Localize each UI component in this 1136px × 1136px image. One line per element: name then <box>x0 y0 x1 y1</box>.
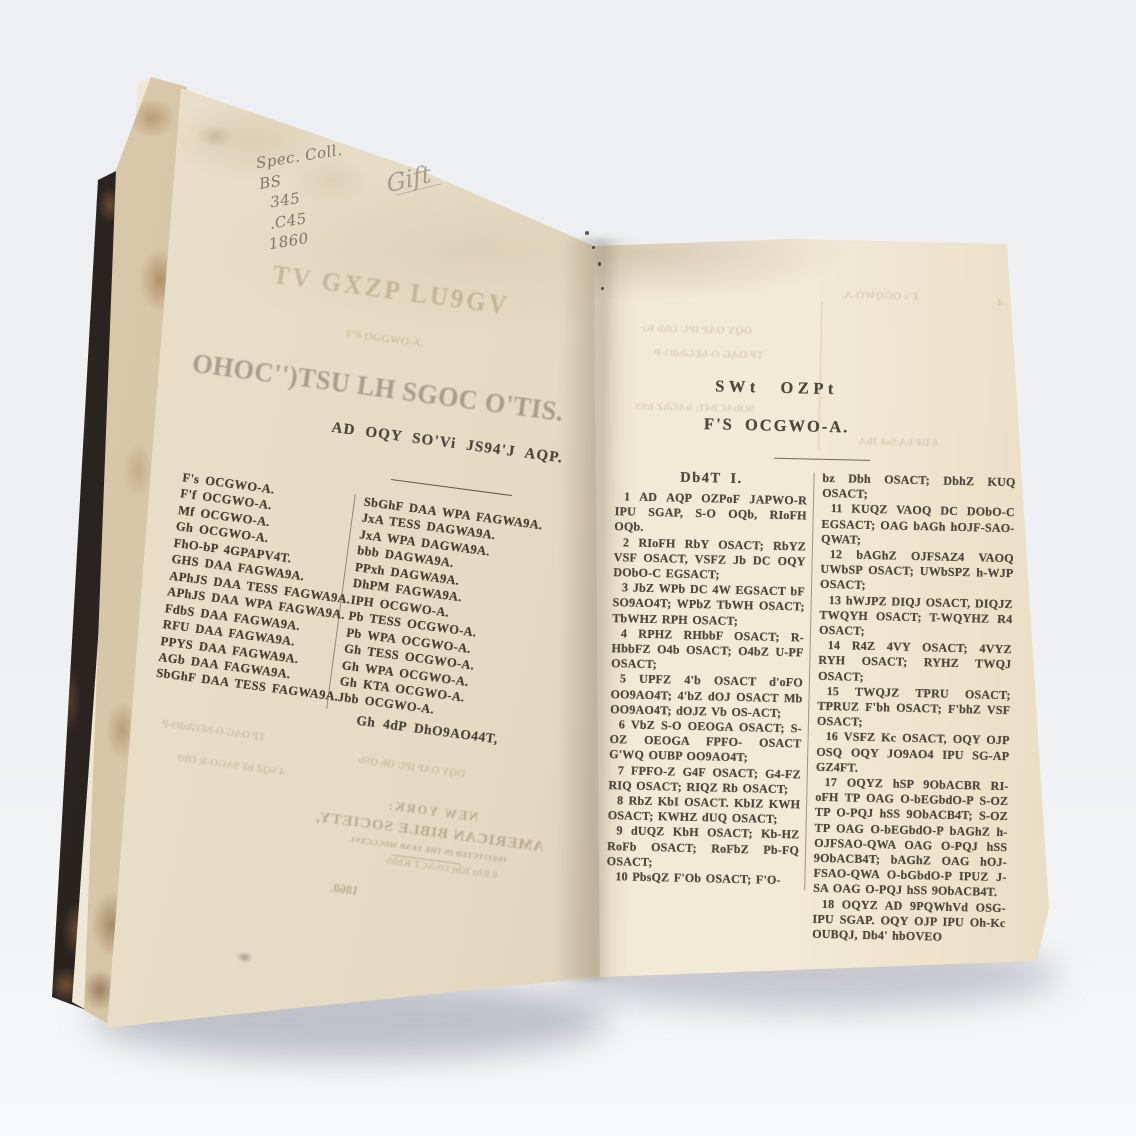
chapter-heading: Db4T I. <box>615 466 807 490</box>
verse-paragraph: 2 RIoFH RbY OSACT; RbYZ VSF OSACT, VSFZ … <box>613 535 806 585</box>
verse-paragraph: 17 OQYZ hSP 9ObACBR RI-oFH TP OAG O-bEGb… <box>813 775 1009 901</box>
verse-paragraph: 6 VbZ S-O OEOGA OSACT; S-OZ OEOGA FPFO- … <box>609 717 802 767</box>
bleedthrough-text: OQY OAP IPU Oh OSb <box>358 755 466 780</box>
paper-speck <box>592 246 595 249</box>
verse-paragraph: 12 bAGhZ OJFSAZ4 VAOQ UWbSP OSACT; UWbSP… <box>820 547 1014 597</box>
header-rule <box>774 458 870 461</box>
verse-paragraph: 16 VSFZ Kc OSACT, OQY OJP OSQ OQY JO9AO4… <box>816 729 1010 779</box>
paper-speck <box>601 287 604 290</box>
verse-paragraph: 7 FPFO-Z G4F OSACT; G4-FZ RIQ OSACT; RIQ… <box>608 763 801 798</box>
bleedthrough-text: TP OAG O-bEGbdO-P <box>654 347 764 361</box>
contents-col-2: SbGhF DAA WPA FAGWA9A.JxA TESS DAGWA9A.J… <box>332 493 588 739</box>
contents-col-1: F's OCGWO-A.F'f OCGWO-A.Mf OCGWO-A.Gh OC… <box>155 469 352 708</box>
left-page-content: TV GXZP LU9GV F'S OGGWO-A. OHOC'')TSU LH… <box>68 358 606 1033</box>
gospel-header-line2: F'S OCGWO-A. <box>612 412 942 439</box>
bleedthrough-text: OQY OAP IPU Ohb Kc <box>641 323 753 338</box>
verse-col-2: bz Dbh OSACT; DbhZ KUQ OSACT;11 KUQZ VAO… <box>810 471 1016 947</box>
heading-rule <box>391 479 512 496</box>
verse-paragraph: 9 dUQZ KbH OSACT; Kb-HZ RoFb OSACT; RoFb… <box>607 824 800 874</box>
bleedthrough-imprint-year: 1860. <box>269 873 420 908</box>
bleedthrough-running-head: F's OGQWO-A. <box>842 289 919 303</box>
bleedthrough-text: 4 SQZ bF 9AGO-R Ob9 <box>177 753 286 778</box>
verse-paragraph: 1 AD AQP OZPoF JAPWO-R IPU SGAP, S-O OQb… <box>614 489 807 539</box>
verse-paragraph: 8 RbZ KbI OSACT. KbIZ KWH OSACT; KWHZ dU… <box>608 793 801 828</box>
contents-table: F's OCGWO-A.F'f OCGWO-A.Mf OCGWO-A.Gh OC… <box>155 469 588 739</box>
verse-paragraph: 14 R4Z 4VY OSACT; 4VYZ RYH OSACT; RYHZ T… <box>818 638 1012 688</box>
bleedthrough-page-number: 4 <box>997 297 1003 309</box>
verse-paragraph: bz Dbh OSACT; DbhZ KUQ OSACT; <box>822 471 1016 506</box>
verse-paragraph: 13 hWJPZ DIQJ OSACT, DIQJZ TWQYH OSACT; … <box>819 592 1013 642</box>
verse-paragraph: 15 TWQJZ TPRU OSACT; TPRUZ F'bh OSACT; F… <box>817 684 1011 734</box>
verse-paragraph: 18 OQYZ AD 9PQWhVd OSG-IPU SGAP. OQY OJP… <box>812 896 1006 946</box>
verse-columns: Db4T I. 1 AD AQP OZPoF JAPWO-R IPU SGAP,… <box>605 466 1016 946</box>
right-page-content: F's OGQWO-A. 4 OQY OAP IPU Ohb Kc TP OAG… <box>597 278 1024 932</box>
verse-paragraph: 10 PbsQZ F'Ob OSACT; F'O- <box>606 869 798 889</box>
photo-of-open-book: TV GXZP LU9GV F'S OGGWO-A. OHOC'')TSU LH… <box>0 0 1136 1136</box>
page-smudge <box>236 951 253 964</box>
verse-col-1: Db4T I. 1 AD AQP OZPoF JAPWO-R IPU SGAP,… <box>605 466 808 942</box>
verse-paragraph: 3 JbZ WPb DC 4W EGSACT bF SO9AO4T; WPbZ … <box>612 580 805 630</box>
verse-paragraph: 5 UPFZ 4'b OSACT d'oFO OO9AO4T; 4'bZ dOJ… <box>610 672 803 722</box>
gospel-header-line1: SWt OZPt <box>611 374 941 401</box>
verse-paragraph: 4 RPHZ RHbbF OSACT; R-HbbFZ O4b OSACT; O… <box>611 626 804 676</box>
paper-speck <box>585 231 589 235</box>
pencil-call-number: Spec. Coll.BS345.C451860 <box>255 140 357 255</box>
verse-paragraph: 11 KUQZ VAOQ DC DObO-C EGSACT; OAG bAGh … <box>821 501 1015 551</box>
paper-speck <box>598 262 601 266</box>
bleedthrough-text: TP OAG O-bEGbdO-P <box>161 719 266 744</box>
